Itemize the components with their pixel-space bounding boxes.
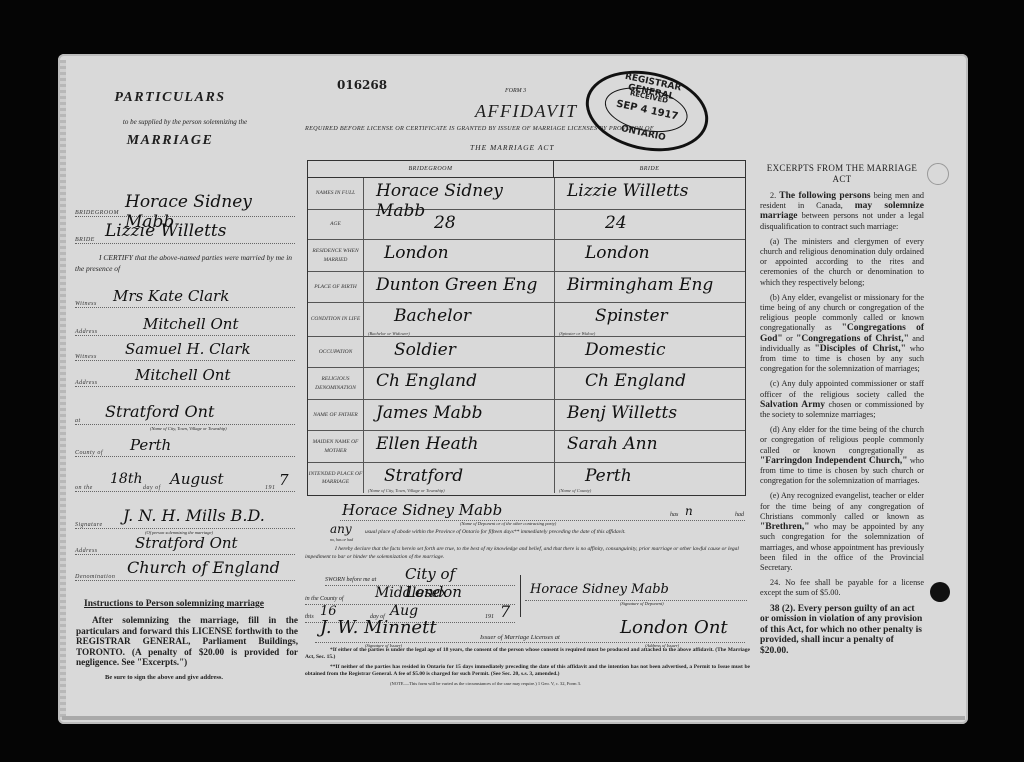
- col-bride: BRIDE: [554, 161, 745, 177]
- table-header: BRIDEGROOM BRIDE: [308, 161, 745, 178]
- page-edge: [62, 716, 965, 720]
- table-row: CONDITION in LIFE Bachelor(Bachelor or W…: [308, 303, 745, 337]
- witness1-field: Witness Mrs Kate Clark: [75, 293, 295, 308]
- table-row: PLACE of BIRTH Dunton Green Eng Birmingh…: [308, 272, 745, 303]
- table-row: AGE 28 24: [308, 210, 745, 240]
- bride-value: Lizzie Willetts: [105, 221, 226, 241]
- declaration-text: I hereby declare that the facts herein s…: [305, 546, 747, 561]
- excerpt-38: 38 (2). Every person guilty of an act or…: [760, 604, 924, 657]
- at-field: at Stratford Ont (Name of City, Town, Vi…: [75, 410, 295, 425]
- issuer-line: J. W. Minnett (Signature of Issuer) Issu…: [315, 632, 745, 643]
- affidavit-title: AFFIDAVIT: [475, 101, 578, 122]
- deponent-signature-line: Horace Sidney Mabb (Signature of Deponen…: [525, 590, 747, 601]
- address2-field: Address Mitchell Ont: [75, 372, 295, 387]
- instructions-heading: Instructions to Person solemnizing marri…: [84, 599, 264, 609]
- punch-hole-icon: [930, 582, 950, 602]
- excerpt-d: (d) Any elder for the time being of the …: [760, 425, 924, 486]
- brace: [518, 575, 521, 617]
- footnote-1: *If either of the parties is under the l…: [305, 647, 750, 661]
- excerpts-panel: EXCERPTS FROM THE MARRIAGE ACT 2. The fo…: [760, 163, 924, 661]
- table-row: RESIDENCE when MARRIED London London: [308, 240, 745, 272]
- address3-field: Address Stratford Ont: [75, 540, 295, 555]
- bridegroom-field: BRIDEGROOM Horace Sidney Mabb: [75, 200, 295, 217]
- instructions-footer: Be sure to sign the above and give addre…: [105, 674, 223, 681]
- certify-text: I CERTIFY that the above-named parties w…: [75, 252, 300, 274]
- excerpt-24: 24. No fee shall be payable for a licens…: [760, 578, 924, 598]
- instructions-body: After solemnizing the marriage, fill in …: [76, 615, 298, 668]
- excerpt-a: (a) The ministers and clergymen of every…: [760, 237, 924, 288]
- witness2-field: Witness Samuel H. Clark: [75, 346, 295, 361]
- punch-hole-icon: [927, 163, 949, 185]
- col-bridegroom: BRIDEGROOM: [308, 161, 554, 177]
- affidavit-table: BRIDEGROOM BRIDE NAMES in Full Horace Si…: [307, 160, 746, 496]
- table-row: INTENDED PLACE of MARRIAGE Stratford(Nam…: [308, 463, 745, 493]
- table-row: MAIDEN NAME of MOTHER Ellen Heath Sarah …: [308, 431, 745, 463]
- excerpts-heading: EXCERPTS FROM THE MARRIAGE ACT: [760, 163, 924, 185]
- binding-strip: [60, 60, 66, 720]
- marriage-title: MARRIAGE: [115, 133, 225, 149]
- excerpt-section-2: 2. The following persons being men and r…: [760, 191, 924, 232]
- footnote-2: **If neither of the parties has resided …: [305, 664, 750, 678]
- table-row: NAMES in Full Horace Sidney Mabb Lizzie …: [308, 178, 745, 210]
- county-field: County of Perth: [75, 442, 295, 457]
- form-note: (NOTE.—This form will be varied as the c…: [390, 681, 581, 686]
- marriage-act-label: THE MARRIAGE ACT: [470, 143, 555, 152]
- bride-field: BRIDE Lizzie Willetts: [75, 227, 295, 244]
- denomination-field: Denomination Church of England: [75, 566, 295, 581]
- abode-line: any no, has or had usual place of abode …: [320, 527, 750, 539]
- table-row: RELIGIOUS DENOMINATION Ch England Ch Eng…: [308, 368, 745, 400]
- particulars-title: PARTICULARS: [100, 90, 240, 106]
- excerpt-c: (c) Any duly appointed commissioner or s…: [760, 379, 924, 420]
- excerpt-b: (b) Any elder, evangelist or missionary …: [760, 293, 924, 375]
- signature-field: Signature J. N. H. Mills B.D. (Of person…: [75, 514, 295, 529]
- particulars-subtitle: to be supplied by the person solemnizing…: [95, 118, 275, 126]
- deponent-line: Horace Sidney Mabb (Name of Deponent or …: [340, 508, 745, 521]
- address1-field: Address Mitchell Ont: [75, 321, 295, 336]
- serial-number: 016268: [337, 78, 387, 92]
- table-row: NAME of FATHER James Mabb Benj Willetts: [308, 400, 745, 431]
- date-field: on the 18th day of August 191 7: [75, 477, 295, 492]
- table-row: OCCUPATION Soldier Domestic: [308, 337, 745, 368]
- excerpt-e: (e) Any recognized evangelist, teacher o…: [760, 491, 924, 573]
- form-label: FORM 3: [505, 88, 526, 94]
